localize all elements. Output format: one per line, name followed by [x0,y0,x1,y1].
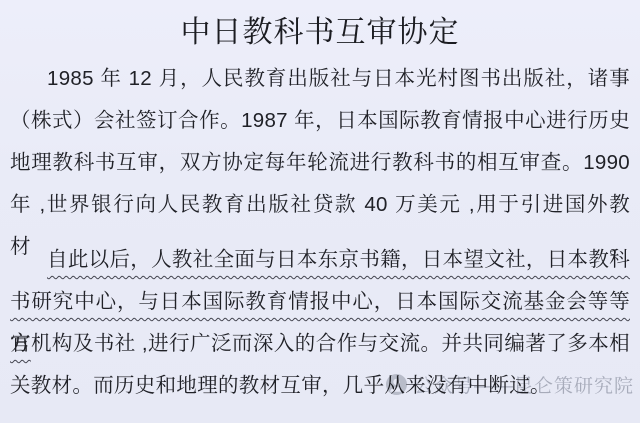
article-content: 中日教科书互审协定 1985 年 12 月，人民教育出版社与日本光村图书出版社，… [0,0,640,407]
text-line: 1985 年 12 月，人民教育出版社与日本光村图书出版社，诸事 [10,58,630,100]
text-line: 地理教科书互审，双方协定每年轮流进行教科书的相互审查。1990 [10,142,630,184]
text-line: 年 ,世界银行向人民教育出版社贷款 40 万美元 ,用于引进国外教材。 [10,184,630,226]
text-line: （株式）会社签订合作。1987 年，日本国际教育情报中心进行历史 [10,100,630,142]
article-image: 公众号——昆仑策研究院 中日教科书互审协定 1985 年 12 月，人民教育出版… [0,0,640,423]
paragraph-2: 自此以后，人教社全面与日本东京书籍，日本望文社，日本教科 书研究中心，与日本国际… [0,239,640,407]
page-title: 中日教科书互审协定 [0,0,640,58]
text-line: 方机构及书社 ,进行广泛而深入的合作与交流。并共同编著了多本相 [10,323,630,365]
text-line: 关教材。而历史和地理的教材互审，几乎从来没有中断过。 [10,365,630,407]
paragraph-1: 1985 年 12 月，人民教育出版社与日本光村图书出版社，诸事 （株式）会社签… [0,58,640,226]
text-line-wavy-underlined: 书研究中心，与日本国际教育情报中心，日本国际交流基金会等等官 [10,281,630,323]
text-line-wavy-underlined: 自此以后，人教社全面与日本东京书籍，日本望文社，日本教科 [10,239,630,281]
